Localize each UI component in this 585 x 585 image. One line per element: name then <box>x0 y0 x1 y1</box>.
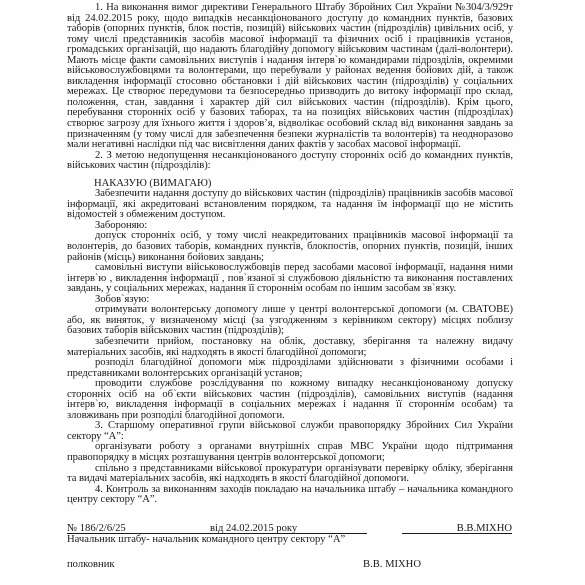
paragraph-3-1: організувати роботу з органами внутрішні… <box>67 442 513 463</box>
registration-number: № 186/2/6/25 <box>67 523 126 534</box>
paragraph-oblige-1: отримувати волонтерську допомогу лише у … <box>67 305 513 337</box>
document-page: 1. На виконання вимог директиви Генераль… <box>0 0 585 585</box>
paragraph-4: 4. Контроль за виконанням заходів поклад… <box>67 485 513 506</box>
registration-line: № 186/2/6/25 від 24.02.2015 року <box>67 523 367 534</box>
paragraph-oblige-2: забезпечити прийом, постановку на облік,… <box>67 337 513 358</box>
paragraph-3: 3. Старшому оперативної групи військової… <box>67 421 513 442</box>
signer-rank: полковник <box>67 559 115 570</box>
signer-position: Начальник штабу- начальник командного це… <box>67 534 513 545</box>
signer-name-bottom: В.В. МІХНО <box>363 559 421 570</box>
paragraph-3-2: спільно з представниками військової прок… <box>67 464 513 485</box>
paragraph-access: Забезпечити надання доступу до військови… <box>67 189 513 221</box>
paragraph-oblige-3: розподіл благодійної допомоги між підроз… <box>67 358 513 379</box>
paragraph-oblige-4: проводити службове розслідування по кожн… <box>67 379 513 421</box>
paragraph-prohibit-2: самовільні виступи військовослужбовців п… <box>67 263 513 295</box>
document-body: 1. На виконання вимог директиви Генераль… <box>67 3 513 506</box>
signature-block: № 186/2/6/25 від 24.02.2015 року В.В.МІХ… <box>67 523 513 571</box>
paragraph-1: 1. На виконання вимог директиви Генераль… <box>67 3 513 151</box>
paragraph-prohibit-1: допуск сторонніх осіб, у тому числі неак… <box>67 231 513 263</box>
paragraph-2: 2. З метою недопущення несанкціонованого… <box>67 151 513 172</box>
signer-name-top: В.В.МІХНО <box>402 523 512 534</box>
registration-date: від 24.02.2015 року <box>210 523 297 534</box>
